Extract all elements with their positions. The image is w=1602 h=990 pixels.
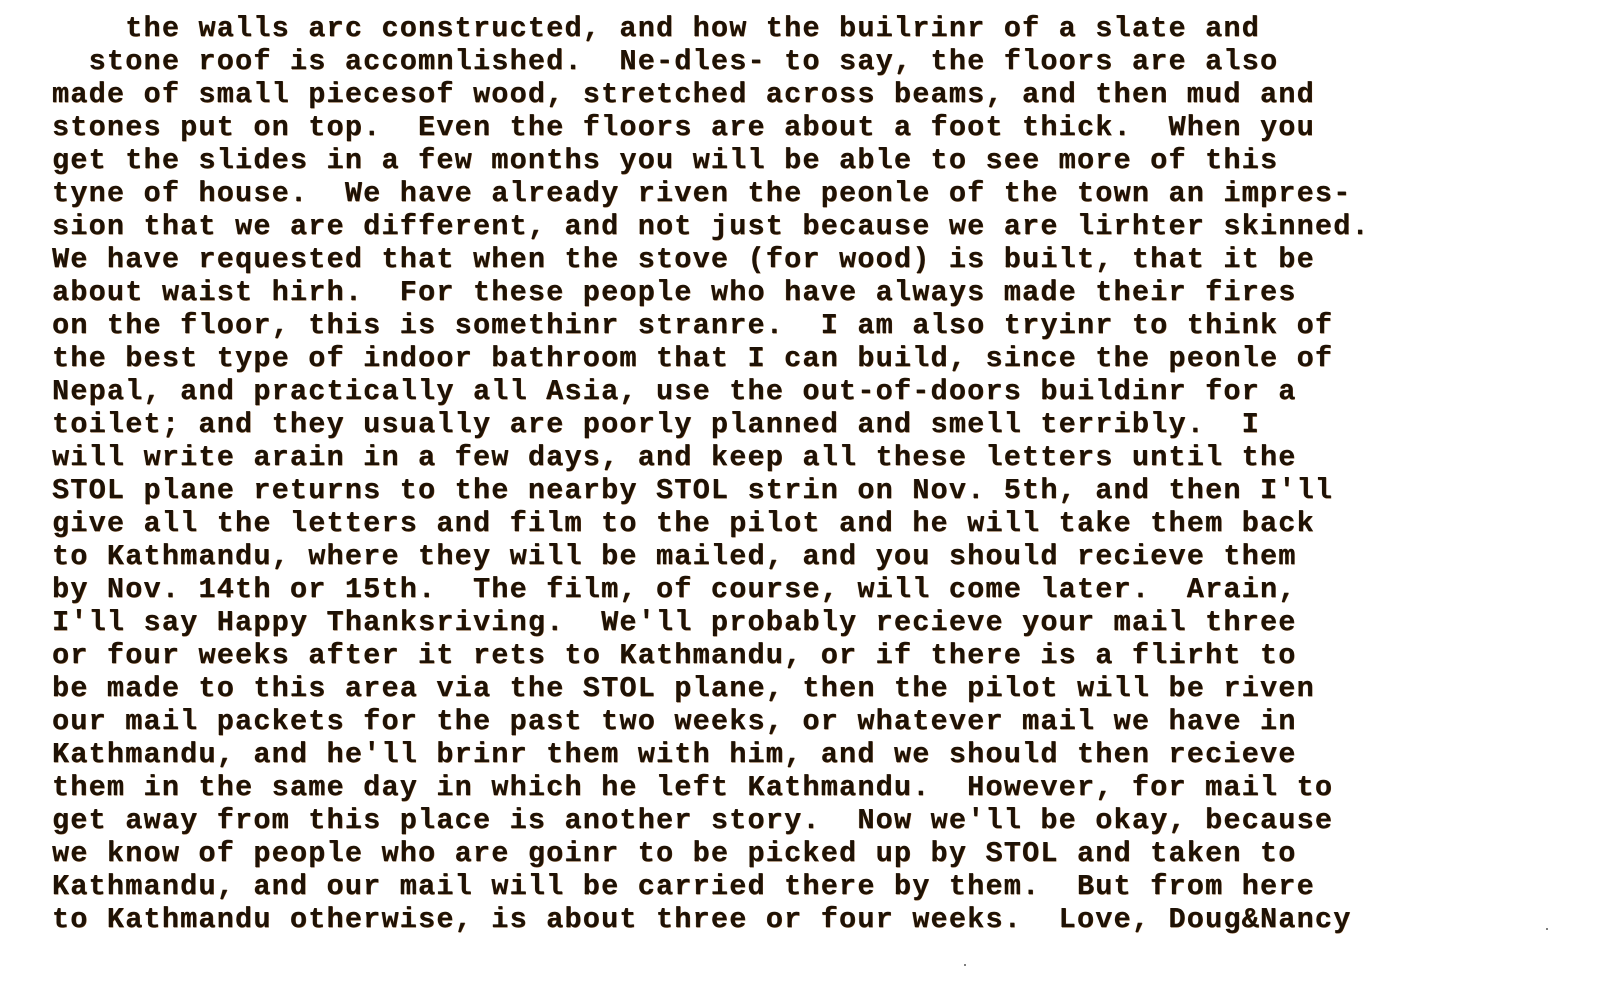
letter-line: STOL plane returns to the nearby STOL st…: [52, 474, 1370, 507]
letter-line: by Nov. 14th or 15th. The film, of cours…: [52, 573, 1370, 606]
letter-line: to Kathmandu otherwise, is about three o…: [52, 903, 1370, 936]
letter-line: I'll say Happy Thanksriving. We'll proba…: [52, 606, 1370, 639]
letter-line: Kathmandu, and our mail will be carried …: [52, 870, 1370, 903]
letter-line: we know of people who are goinr to be pi…: [52, 837, 1370, 870]
letter-line: made of small piecesof wood, stretched a…: [52, 78, 1370, 111]
letter-line: be made to this area via the STOL plane,…: [52, 672, 1370, 705]
letter-line: give all the letters and film to the pil…: [52, 507, 1370, 540]
paper-speck: [1546, 928, 1548, 930]
letter-line: Kathmandu, and he'll brinr them with him…: [52, 738, 1370, 771]
letter-line: sion that we are different, and not just…: [52, 210, 1370, 243]
letter-line: on the floor, this is somethinr stranre.…: [52, 309, 1370, 342]
letter-line: We have requested that when the stove (f…: [52, 243, 1370, 276]
letter-line: toilet; and they usually are poorly plan…: [52, 408, 1370, 441]
paper-speck: [964, 964, 966, 966]
letter-line: or four weeks after it rets to Kathmandu…: [52, 639, 1370, 672]
letter-line: our mail packets for the past two weeks,…: [52, 705, 1370, 738]
letter-line: about waist hirh. For these people who h…: [52, 276, 1370, 309]
letter-body: the walls arc constructed, and how the b…: [52, 12, 1370, 936]
letter-line: the best type of indoor bathroom that I …: [52, 342, 1370, 375]
letter-line: tyne of house. We have already riven the…: [52, 177, 1370, 210]
letter-line: get away from this place is another stor…: [52, 804, 1370, 837]
letter-line: Nepal, and practically all Asia, use the…: [52, 375, 1370, 408]
letter-line: to Kathmandu, where they will be mailed,…: [52, 540, 1370, 573]
letter-line: stones put on top. Even the floors are a…: [52, 111, 1370, 144]
letter-line: get the slides in a few months you will …: [52, 144, 1370, 177]
letter-line: will write arain in a few days, and keep…: [52, 441, 1370, 474]
letter-line: stone roof is accomnlished. Ne-dles- to …: [52, 45, 1370, 78]
scanned-letter-page: the walls arc constructed, and how the b…: [0, 0, 1602, 990]
letter-line: them in the same day in which he left Ka…: [52, 771, 1370, 804]
letter-line: the walls arc constructed, and how the b…: [52, 12, 1370, 45]
